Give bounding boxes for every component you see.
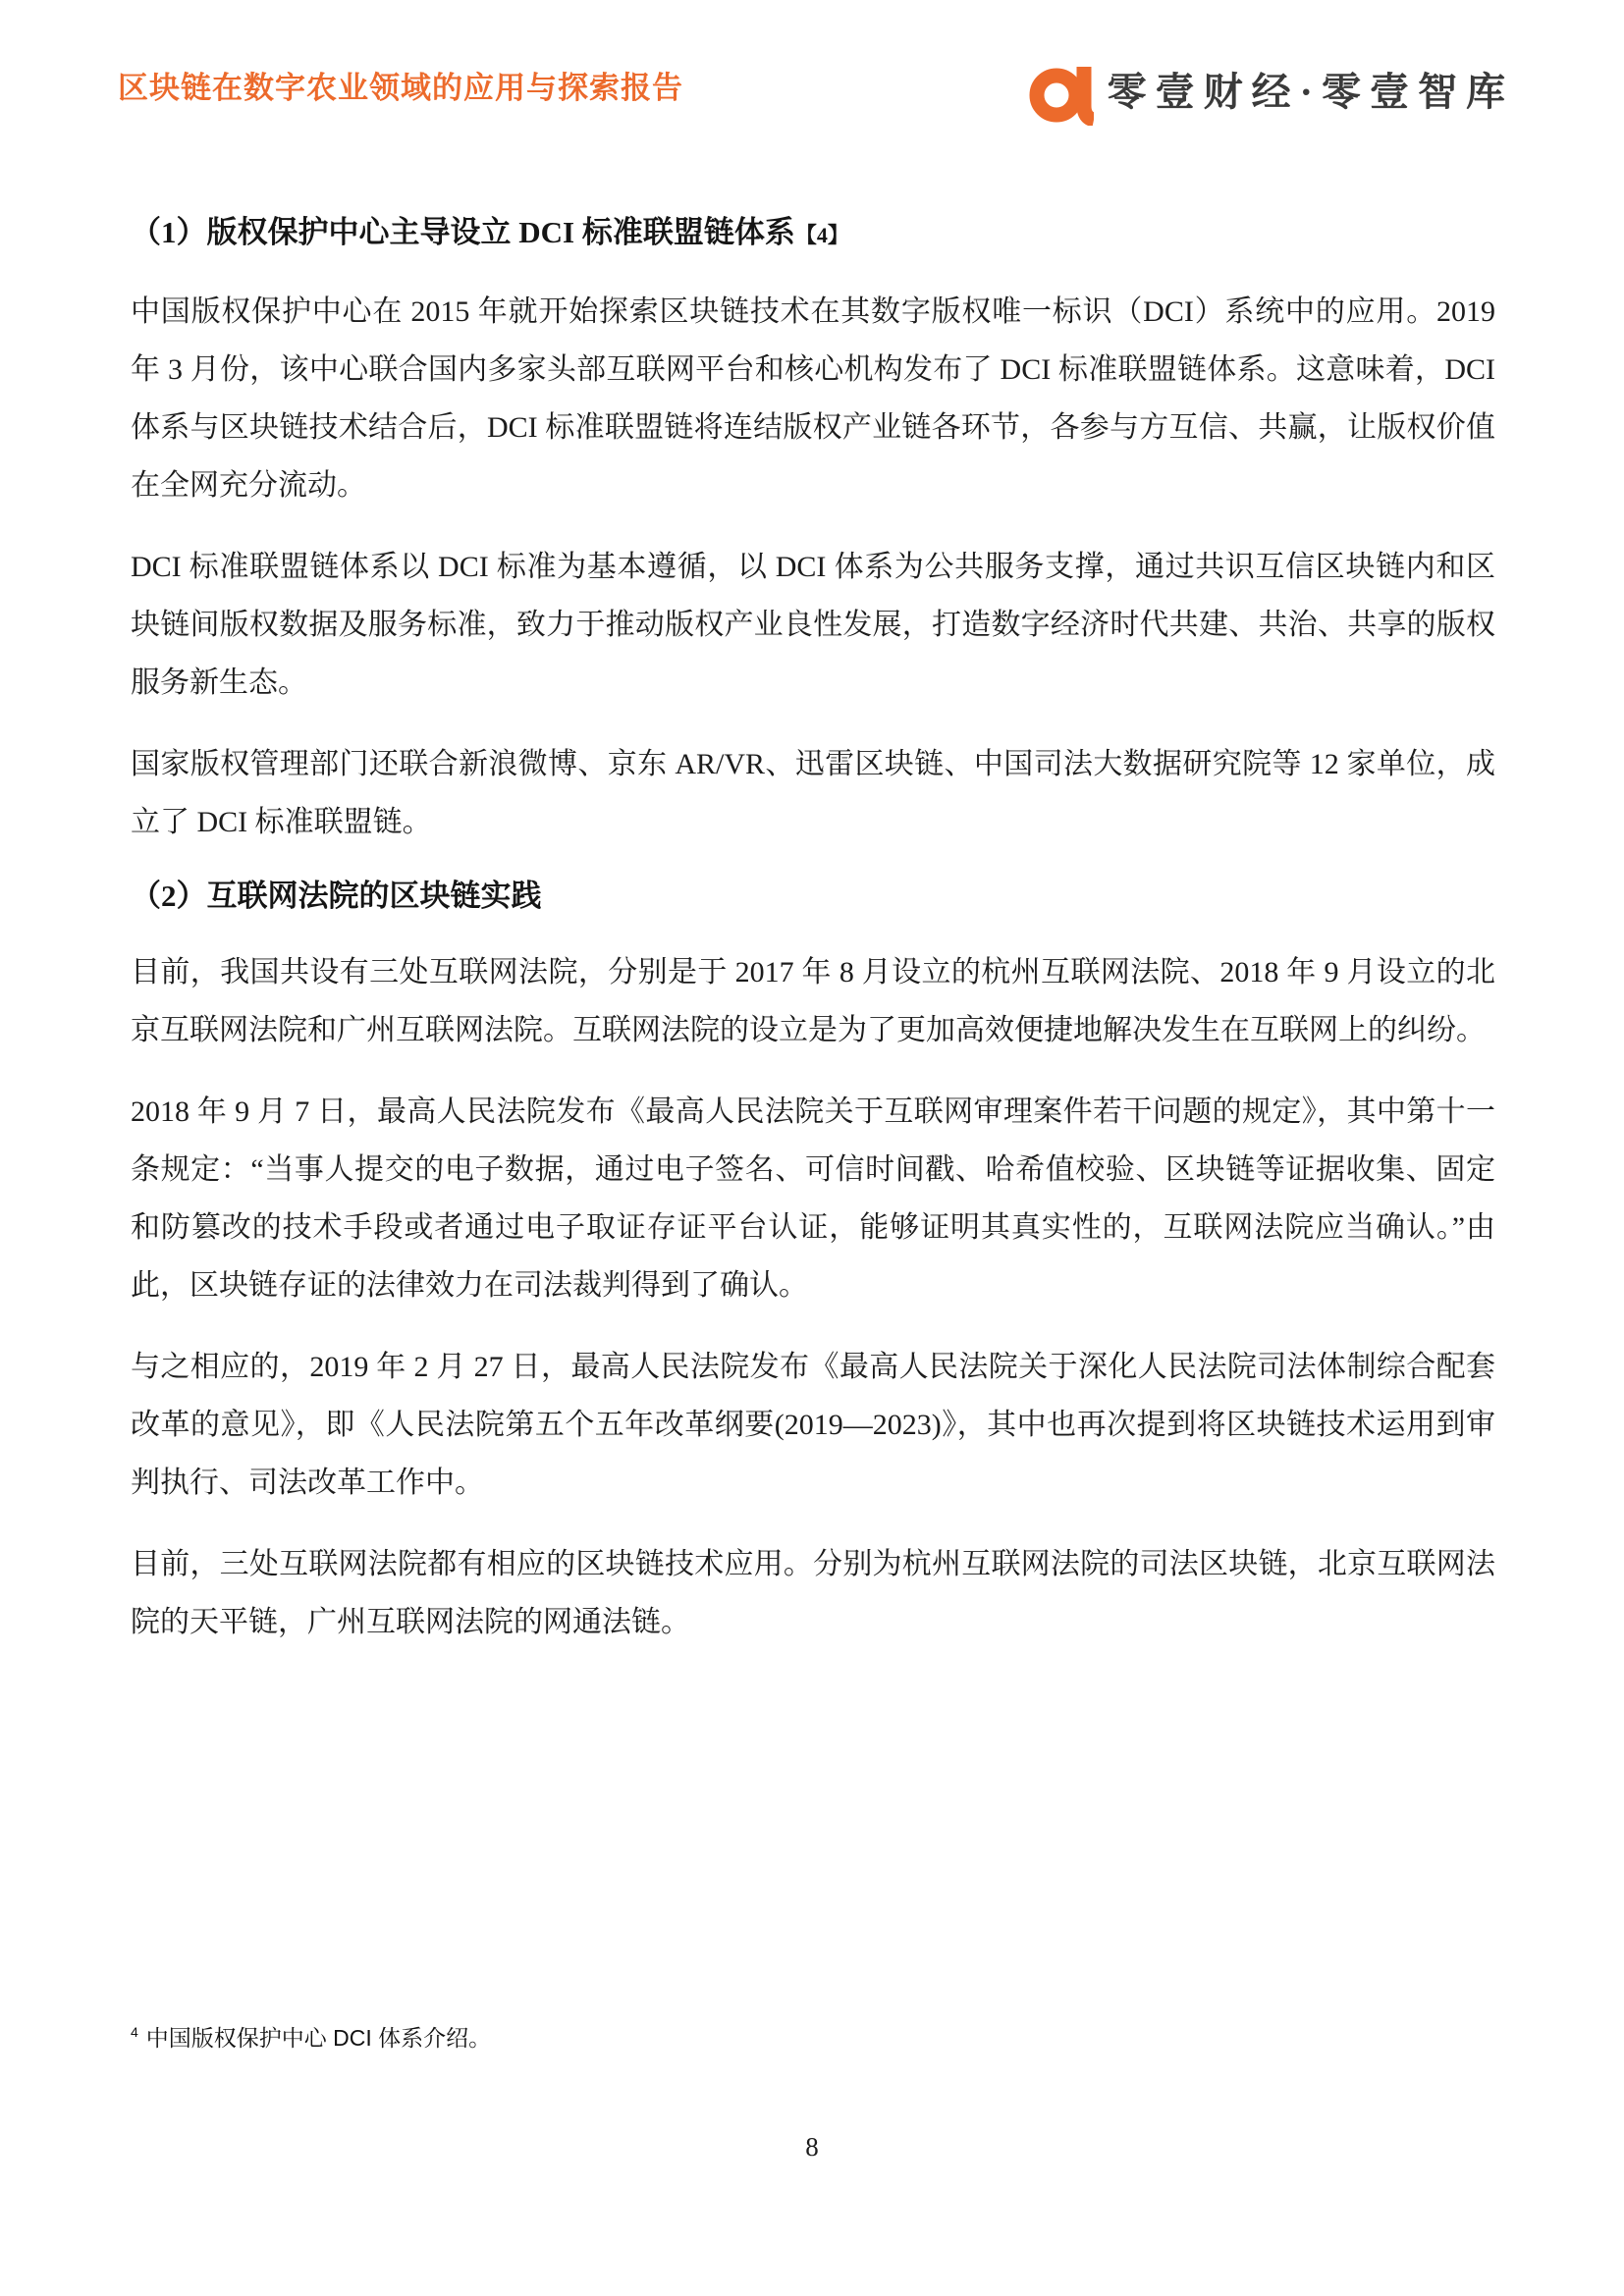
- section-1-heading: （1）版权保护中心主导设立 DCI 标准联盟链体系【4】: [131, 211, 1495, 257]
- page-number: 8: [0, 2132, 1624, 2163]
- report-page: 区块链在数字农业领域的应用与探索报告 零壹财经·零壹智库 （1）版权保护中心主导…: [0, 0, 1624, 2296]
- footnote-ref-4: 【4】: [795, 223, 849, 247]
- page-header: 区块链在数字农业领域的应用与探索报告 零壹财经·零壹智库: [118, 51, 1514, 126]
- section-2-heading: （2）互联网法院的区块链实践: [131, 875, 1495, 918]
- footnote: 4中国版权保护中心 DCI 体系介绍。: [131, 2020, 1495, 2053]
- paragraph: 2018 年 9 月 7 日，最高人民法院发布《最高人民法院关于互联网审理案件若…: [131, 1083, 1495, 1314]
- alpha-logo-icon: [1029, 51, 1094, 126]
- report-title: 区块链在数字农业领域的应用与探索报告: [118, 70, 683, 106]
- paragraph: 与之相应的，2019 年 2 月 27 日，最高人民法院发布《最高人民法院关于深…: [131, 1338, 1495, 1512]
- paragraph: 目前，三处互联网法院都有相应的区块链技术应用。分别为杭州互联网法院的司法区块链，…: [131, 1535, 1495, 1651]
- footnote-marker: 4: [131, 2024, 138, 2040]
- document-body: （1）版权保护中心主导设立 DCI 标准联盟链体系【4】 中国版权保护中心在 2…: [131, 211, 1495, 1675]
- footnote-text: 中国版权保护中心 DCI 体系介绍。: [146, 2025, 491, 2051]
- brand-logo: 零壹财经·零壹智库: [1029, 51, 1514, 126]
- section-2-heading-text: （2）互联网法院的区块链实践: [131, 879, 542, 913]
- paragraph: DCI 标准联盟链体系以 DCI 标准为基本遵循，以 DCI 体系为公共服务支撑…: [131, 538, 1495, 712]
- paragraph: 国家版权管理部门还联合新浪微博、京东 AR/VR、迅雷区块链、中国司法大数据研究…: [131, 735, 1495, 851]
- paragraph: 目前，我国共设有三处互联网法院，分别是于 2017 年 8 月设立的杭州互联网法…: [131, 943, 1495, 1059]
- section-1-heading-text: （1）版权保护中心主导设立 DCI 标准联盟链体系: [131, 215, 795, 249]
- paragraph: 中国版权保护中心在 2015 年就开始探索区块链技术在其数字版权唯一标识（DCI…: [131, 283, 1495, 514]
- brand-text: 零壹财经·零壹智库: [1108, 61, 1514, 117]
